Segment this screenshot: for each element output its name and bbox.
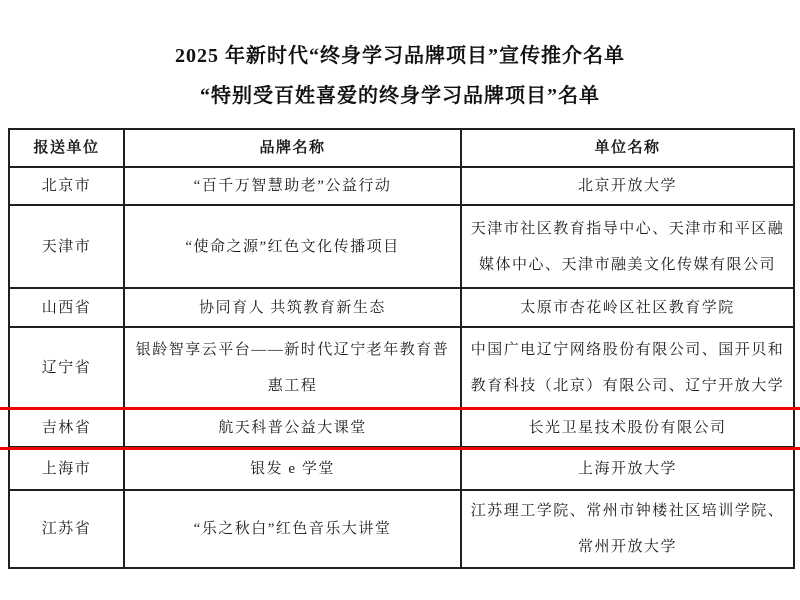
column-header-brand: 品牌名称 <box>124 129 461 167</box>
cell-brand: “使命之源”红色文化传播项目 <box>124 205 461 288</box>
cell-brand: 协同育人 共筑教育新生态 <box>124 288 461 327</box>
cell-brand: 银龄智享云平台——新时代辽宁老年教育普惠工程 <box>124 327 461 409</box>
column-header-region: 报送单位 <box>9 129 124 167</box>
table-row: 天津市 “使命之源”红色文化传播项目 天津市社区教育指导中心、天津市和平区融媒体… <box>9 205 794 288</box>
cell-unit: 中国广电辽宁网络股份有限公司、国开贝和教育科技（北京）有限公司、辽宁开放大学 <box>461 327 794 409</box>
document-page: 2025 年新时代“终身学习品牌项目”宣传推介名单 “特别受百姓喜爱的终身学习品… <box>0 0 800 600</box>
cell-region: 辽宁省 <box>9 327 124 409</box>
table-row: 上海市 银发 e 学堂 上海开放大学 <box>9 447 794 490</box>
column-header-unit: 单位名称 <box>461 129 794 167</box>
document-title-line2: “特别受百姓喜爱的终身学习品牌项目”名单 <box>0 76 800 116</box>
cell-brand: 航天科普公益大课堂 <box>124 409 461 447</box>
cell-region: 吉林省 <box>9 409 124 447</box>
document-title-line1: 2025 年新时代“终身学习品牌项目”宣传推介名单 <box>0 36 800 76</box>
table-body: 北京市 “百千万智慧助老”公益行动 北京开放大学 天津市 “使命之源”红色文化传… <box>9 167 794 568</box>
cell-region: 山西省 <box>9 288 124 327</box>
cell-brand: 银发 e 学堂 <box>124 447 461 490</box>
table-header-row: 报送单位 品牌名称 单位名称 <box>9 129 794 167</box>
cell-unit: 太原市杏花岭区社区教育学院 <box>461 288 794 327</box>
table-row: 北京市 “百千万智慧助老”公益行动 北京开放大学 <box>9 167 794 205</box>
document-title: 2025 年新时代“终身学习品牌项目”宣传推介名单 “特别受百姓喜爱的终身学习品… <box>0 0 800 116</box>
cell-unit: 上海开放大学 <box>461 447 794 490</box>
cell-unit: 江苏理工学院、常州市钟楼社区培训学院、常州开放大学 <box>461 490 794 568</box>
cell-region: 北京市 <box>9 167 124 205</box>
cell-unit: 天津市社区教育指导中心、天津市和平区融媒体中心、天津市融美文化传媒有限公司 <box>461 205 794 288</box>
cell-unit: 北京开放大学 <box>461 167 794 205</box>
table-row: 江苏省 “乐之秋白”红色音乐大讲堂 江苏理工学院、常州市钟楼社区培训学院、常州开… <box>9 490 794 568</box>
cell-region: 江苏省 <box>9 490 124 568</box>
table-row: 辽宁省 银龄智享云平台——新时代辽宁老年教育普惠工程 中国广电辽宁网络股份有限公… <box>9 327 794 409</box>
table-row: 山西省 协同育人 共筑教育新生态 太原市杏花岭区社区教育学院 <box>9 288 794 327</box>
cell-unit: 长光卫星技术股份有限公司 <box>461 409 794 447</box>
recommendation-table: 报送单位 品牌名称 单位名称 北京市 “百千万智慧助老”公益行动 北京开放大学 … <box>8 128 795 569</box>
cell-region: 天津市 <box>9 205 124 288</box>
cell-brand: “乐之秋白”红色音乐大讲堂 <box>124 490 461 568</box>
cell-brand: “百千万智慧助老”公益行动 <box>124 167 461 205</box>
table-row: 吉林省 航天科普公益大课堂 长光卫星技术股份有限公司 <box>9 409 794 447</box>
cell-region: 上海市 <box>9 447 124 490</box>
